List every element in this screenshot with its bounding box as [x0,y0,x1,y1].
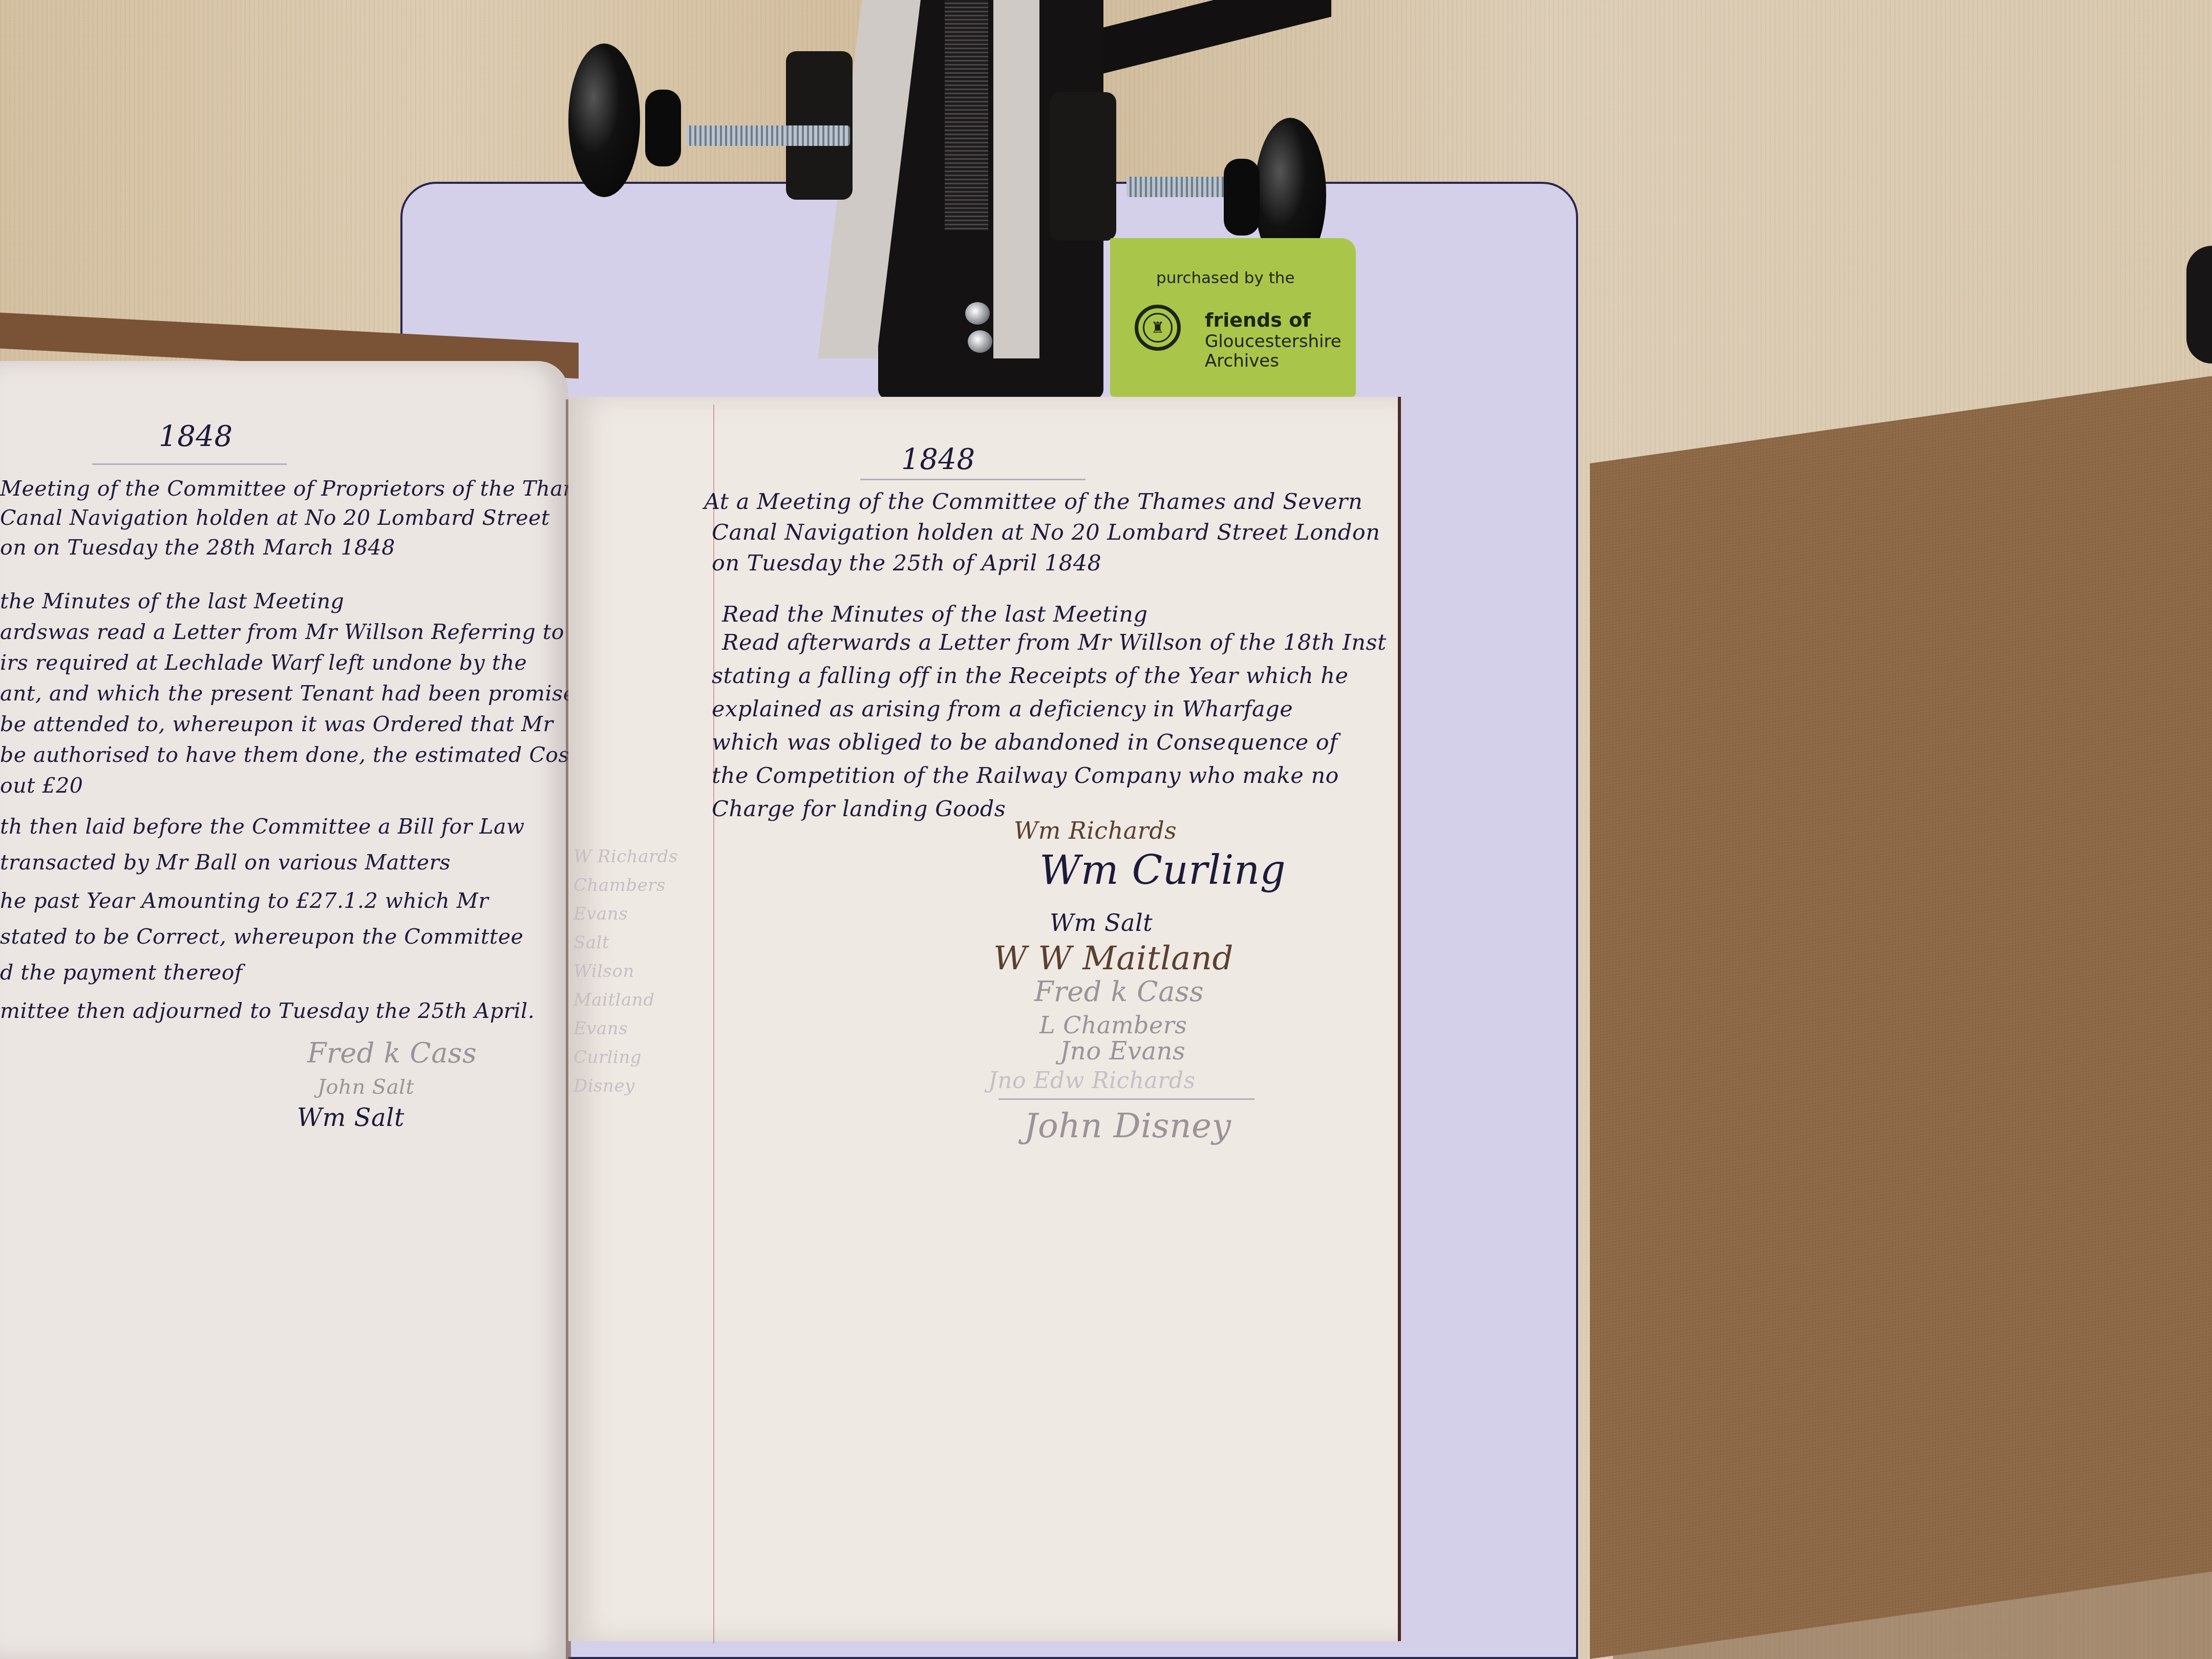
right-line: on Tuesday the 25th of April 1848 [712,550,1101,576]
margin-ghost-names: W Richards Chambers Evans Salt Wilson Ma… [573,842,712,1100]
signature: Jno Evans [1060,1037,1185,1066]
knob-hub-left [645,90,681,166]
right-page: 1848 At a Meeting of the Committee of th… [568,397,1401,1641]
signature: Fred k Cass [1034,975,1204,1008]
castle-icon: ♜ [1135,305,1181,351]
ghost-name: Curling [573,1043,712,1072]
ghost-name: Salt [573,928,712,957]
ghost-name: Evans [573,900,712,928]
signature: Wm Richards [1014,817,1177,844]
signature: Wm Curling [1039,847,1286,894]
left-line: he past Year Amounting to £27.1.2 which … [0,888,488,913]
right-line: which was obliged to be abandoned in Con… [712,730,1338,755]
threaded-screw-left [686,125,850,146]
red-margin-rule [713,405,714,1644]
left-line: the Minutes of the last Meeting [0,589,344,613]
left-line: ardswas read a Letter from Mr Willson Re… [0,620,564,644]
signature: Wm Salt [297,1103,405,1132]
ghost-name: W Richards [573,842,712,871]
left-line: mittee then adjourned to Tuesday the 25t… [0,998,535,1023]
right-line: the Competition of the Railway Company w… [712,763,1339,789]
signature: John Disney [1024,1106,1231,1145]
signature: W W Maitland [993,940,1233,977]
signature: Wm Salt [1050,909,1153,937]
ghost-name: Disney [573,1072,712,1100]
right-line: Read afterwards a Letter from Mr Willson… [722,630,1387,655]
stand-rail-right [993,0,1039,358]
knob-hub-right [1224,159,1260,236]
signature: John Salt [317,1075,414,1099]
ghost-name: Evans [573,1014,712,1043]
left-line: stated to be Correct, whereupon the Comm… [0,924,523,949]
left-line: on on Tuesday the 28th March 1848 [0,535,395,560]
clamp-knob-left[interactable] [568,44,640,197]
left-page: 1848 Meeting of the Committee of Proprie… [0,361,568,1659]
right-page-year: 1848 [901,443,975,476]
bolt-head-icon [965,302,990,325]
left-line: transacted by Mr Ball on various Matters [0,850,451,875]
signature: Jno Edw Richards [988,1068,1196,1094]
left-line: d the payment thereof [0,960,243,985]
sticker-archives-text: Archives [1205,351,1279,371]
left-line: be authorised to have them done, the est… [0,742,578,767]
clamp-block-right [1050,92,1116,241]
signature-rule [998,1098,1254,1100]
left-line: th then laid before the Committee a Bill… [0,814,525,839]
year-underline [92,463,287,465]
ghost-name: Maitland [573,986,712,1014]
brown-archive-card [1590,376,2212,1659]
signature: L Chambers [1039,1011,1187,1039]
black-object-edge [2186,246,2212,364]
right-line: explained as arising from a deficiency i… [712,696,1293,722]
left-line: Canal Navigation holden at No 20 Lombard… [0,505,550,530]
ghost-name: Chambers [573,871,712,900]
sticker-purchased-text: purchased by the [1156,269,1295,287]
castle-glyph: ♜ [1143,313,1173,343]
sticker-gloucestershire-text: Gloucestershire [1205,331,1342,352]
stand-rack-teeth [945,0,988,230]
year-underline [860,479,1086,480]
right-line: Canal Navigation holden at No 20 Lombard… [712,520,1380,545]
left-line: ant, and which the present Tenant had be… [0,681,589,706]
left-page-year: 1848 [159,420,233,453]
left-line: irs required at Lechlade Warf left undon… [0,650,527,675]
bolt-head-icon [968,330,992,353]
left-line: out £20 [0,773,83,798]
right-line: Charge for landing Goods [712,796,1006,822]
left-line: Meeting of the Committee of Proprietors … [0,476,654,501]
right-line: Read the Minutes of the last Meeting [722,602,1148,627]
signature: Fred k Cass [307,1037,477,1069]
friends-of-gloucestershire-archives-sticker: purchased by the ♜ friends of Gloucester… [1110,238,1356,397]
right-line: At a Meeting of the Committee of the Tha… [704,489,1363,515]
sticker-friends-text: friends of [1205,309,1311,331]
right-line: stating a falling off in the Receipts of… [712,663,1349,689]
left-line: be attended to, whereupon it was Ordered… [0,712,554,736]
ghost-name: Wilson [573,957,712,986]
